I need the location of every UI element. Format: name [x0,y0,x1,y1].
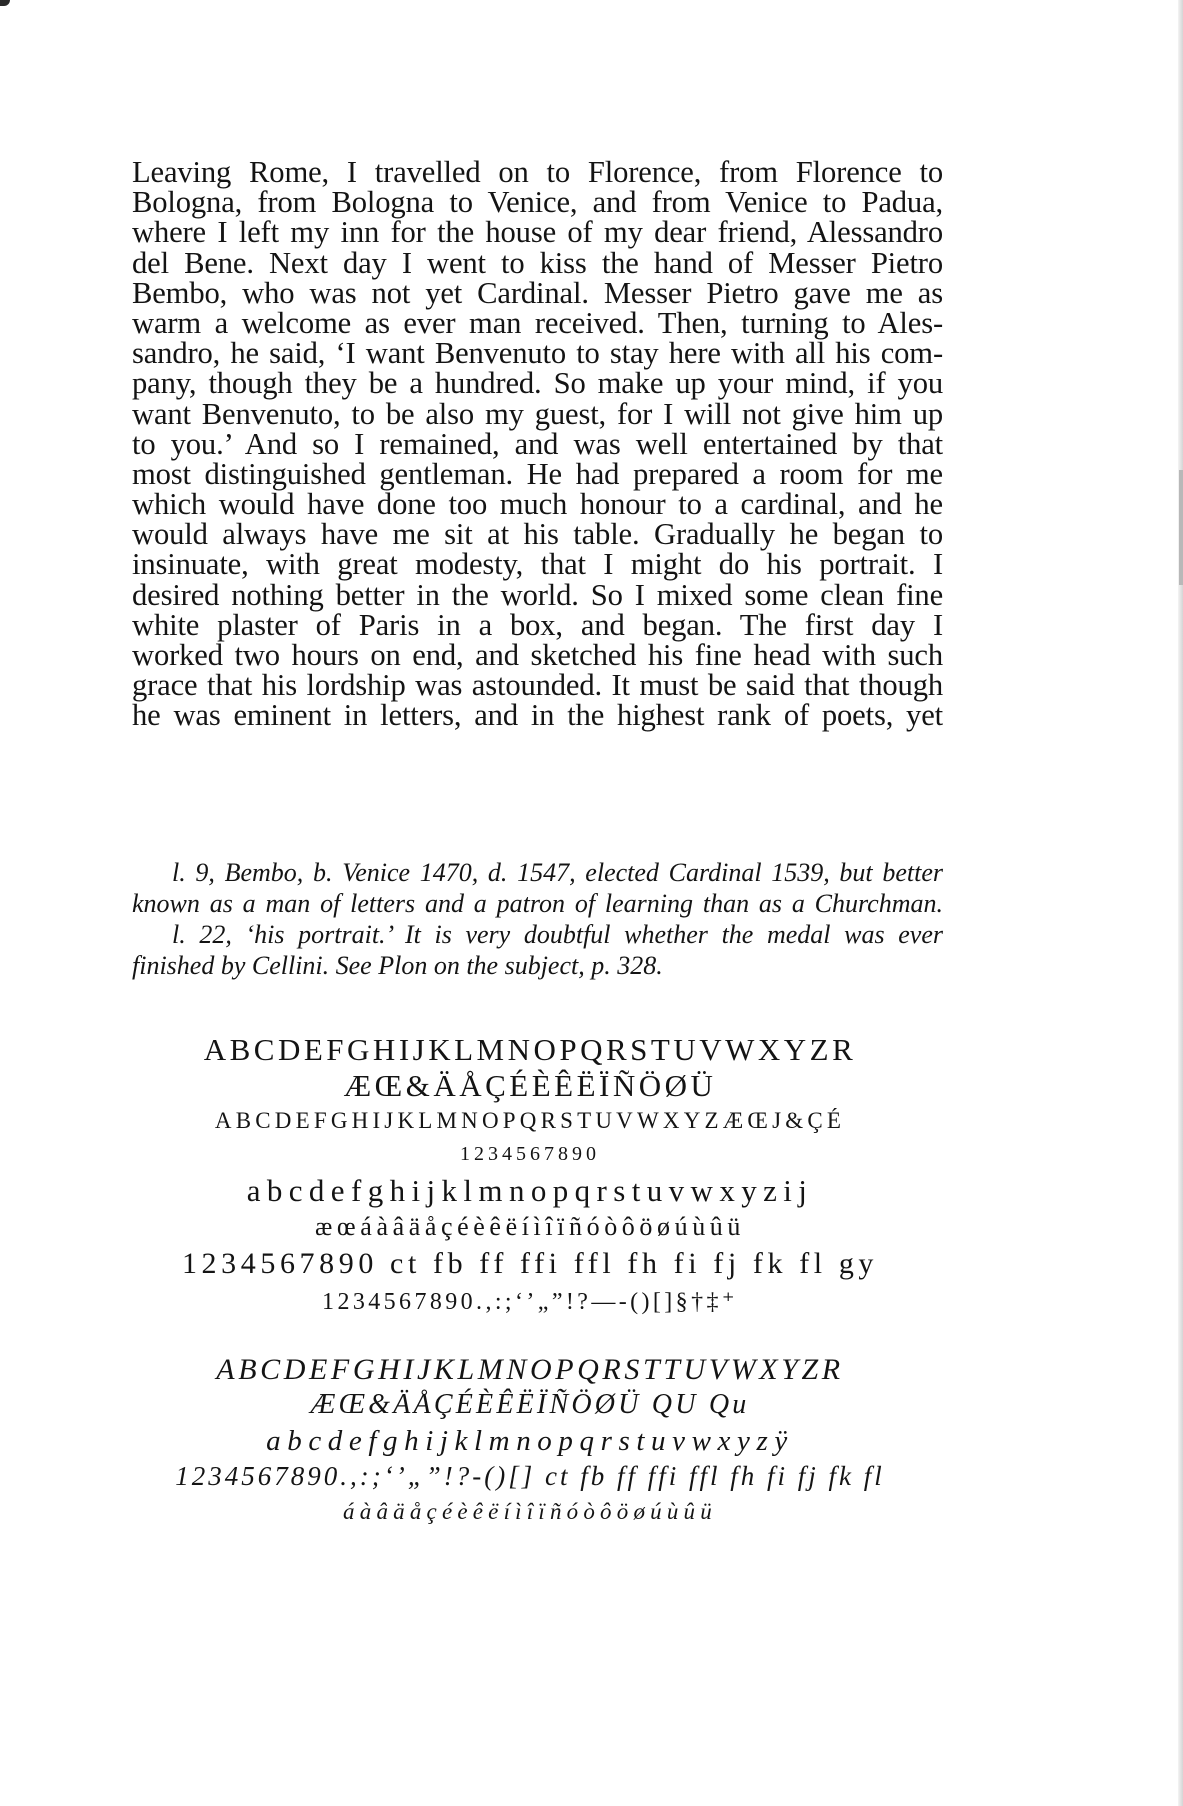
body-line: del Bene. Next day I went to kiss the ha… [132,248,943,278]
body-line: would always have me sit at his table. G… [132,519,943,549]
body-line: Leaving Rome, I travelled on to Florence… [132,157,943,187]
specimen-small-capitals: ABCDEFGHIJKLMNOPQRSTUVWXYZÆŒJ&ÇÉ [100,1108,960,1134]
body-line: where I left my inn for the house of my … [132,217,943,247]
page-edge-shadow [1178,0,1183,1806]
specimen-italic-accented-lowercase: áàâäåçéèêëíìîïñóòôöøúùûü [100,1499,960,1525]
specimen-italic-capitals: ABCDEFGHIJKLMNOPQRSTTUVWXYZR [100,1353,960,1387]
specimen-italic-lowercase: abcdefghijklmnopqrstuvwxyzÿ [100,1425,960,1458]
body-line: warm a welcome as ever man received. The… [132,308,943,338]
body-line: desired nothing better in the world. So … [132,580,943,610]
body-line: worked two hours on end, and sketched hi… [132,640,943,670]
specimen-lining-figures-ligatures: 1234567890 ct fb ff ffi ffl fh fi fj fk … [100,1247,960,1281]
body-line: pany, though they be a hundred. So make … [132,368,943,398]
specimen-roman-accented-capitals: ÆŒ&ÄÅÇÉÈÊËÏÑÖØÜ [100,1068,960,1104]
body-line: to you.’ And so I remained, and was well… [132,429,943,459]
specimen-oldstyle-figures-punctuation: 1234567890.,:;‘’„”!?—-()[]§†‡⁺ [100,1287,960,1316]
page-edge-tab [1179,470,1183,585]
footnote-line: l. 22, ‘his portrait.’ It is very doubtf… [132,919,943,950]
footnotes: l. 9, Bembo, b. Venice 1470, d. 1547, el… [132,857,943,981]
footnote-line: known as a man of letters and a patron o… [132,888,943,919]
specimen-italic-accented-capitals: ÆŒ&ÄÅÇÉÈÊËÏÑÖØÜ QU Qu [100,1389,960,1421]
body-line: most distinguished gentleman. He had pre… [132,459,943,489]
body-line: white plaster of Paris in a box, and beg… [132,610,943,640]
specimen-small-figures: 1234567890 [100,1143,960,1166]
body-line: he was eminent in letters, and in the hi… [132,700,943,730]
specimen-roman-accented-lowercase: æœáàâäåçéèêëíìîïñóòôöøúùûü [100,1212,960,1242]
body-line: insinuate, with great modesty, that I mi… [132,549,943,579]
body-line: grace that his lordship was astounded. I… [132,670,943,700]
body-line: Bembo, who was not yet Cardinal. Messer … [132,278,943,308]
body-line: want Benvenuto, to be also my guest, for… [132,399,943,429]
body-paragraph: Leaving Rome, I travelled on to Florence… [132,157,943,731]
body-line: which would have done too much honour to… [132,489,943,519]
scan-corner-mark [0,0,10,6]
footnote-line: finished by Cellini. See Plon on the sub… [132,950,943,981]
body-line: Bologna, from Bologna to Venice, and fro… [132,187,943,217]
specimen-roman-lowercase: abcdefghijklmnopqrstuvwxyzij [100,1173,960,1209]
body-line: sandro, he said, ‘I want Benvenuto to st… [132,338,943,368]
specimen-italic-figures-ligatures: 1234567890.,:;‘’„”!?-()[] ct fb ff ffi f… [100,1461,960,1492]
specimen-roman-capitals: ABCDEFGHIJKLMNOPQRSTUVWXYZR [100,1032,960,1068]
footnote-line: l. 9, Bembo, b. Venice 1470, d. 1547, el… [132,857,943,888]
